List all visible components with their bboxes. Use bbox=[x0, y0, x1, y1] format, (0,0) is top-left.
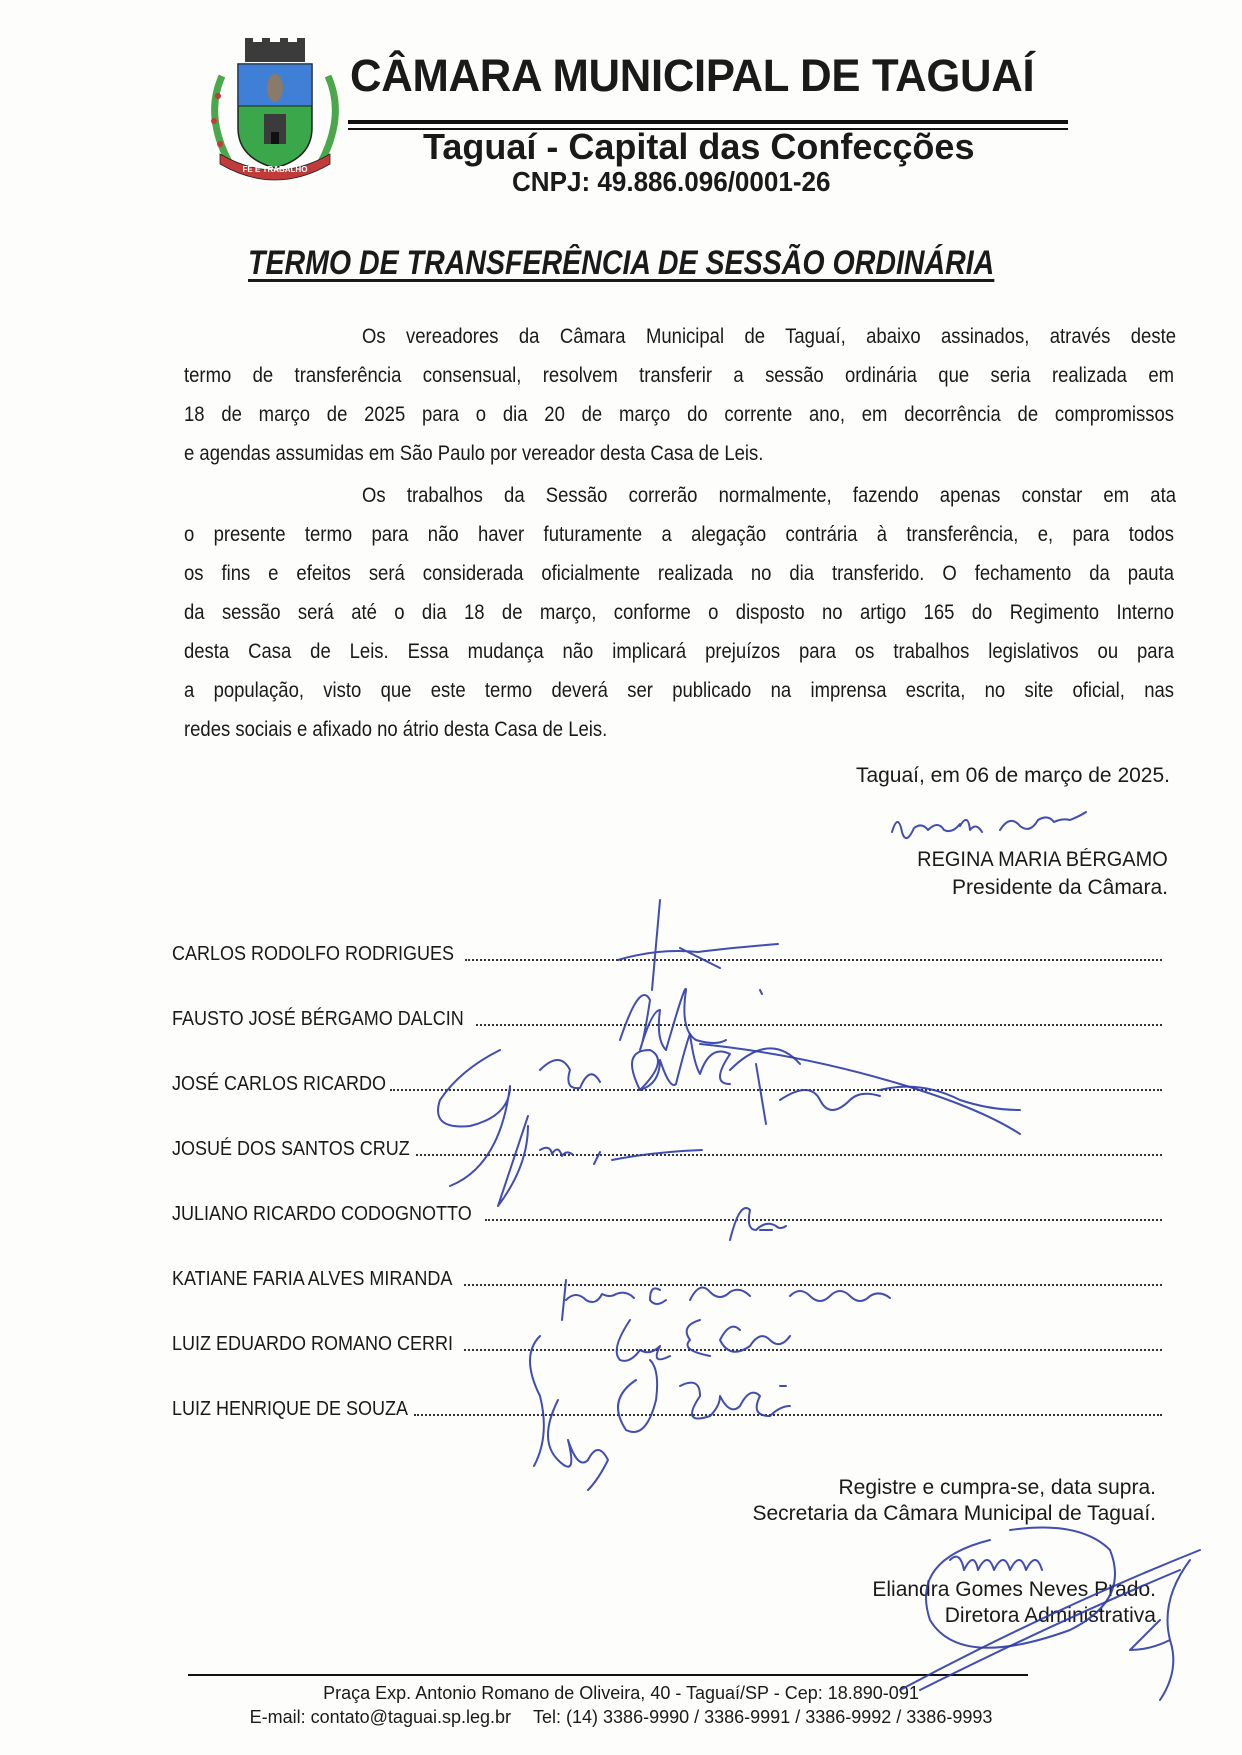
dotted-line bbox=[465, 958, 1162, 961]
dotted-line bbox=[416, 1153, 1162, 1156]
signature-line: KATIANE FARIA ALVES MIRANDA bbox=[172, 1261, 1162, 1291]
paragraph-line: desta Casa de Leis. Essa mudança não imp… bbox=[184, 640, 1174, 664]
president-name: REGINA MARIA BÉRGAMO bbox=[917, 848, 1168, 872]
dotted-line bbox=[414, 1413, 1162, 1416]
signature-line: LUIZ EDUARDO ROMANO CERRI bbox=[172, 1326, 1162, 1356]
paragraph-line: Os vereadores da Câmara Municipal de Tag… bbox=[362, 325, 1176, 349]
dotted-line bbox=[476, 1023, 1162, 1026]
footer-phones: Tel: (14) 3386-9990 / 3386-9991 / 3386-9… bbox=[533, 1707, 992, 1727]
director-role: Diretora Administrativa bbox=[945, 1604, 1156, 1628]
paragraph-line: o presente termo para não haver futurame… bbox=[184, 523, 1174, 547]
dotted-line bbox=[464, 1283, 1162, 1286]
dotted-line bbox=[464, 1348, 1162, 1351]
dotted-line bbox=[485, 1218, 1162, 1221]
signature-line: FAUSTO JOSÉ BÉRGAMO DALCIN bbox=[172, 1001, 1162, 1031]
director-name: Eliandra Gomes Neves Prado. bbox=[872, 1578, 1156, 1602]
paragraph-line: 18 de março de 2025 para o dia 20 de mar… bbox=[184, 403, 1174, 427]
paragraph-line: e agendas assumidas em São Paulo por ver… bbox=[184, 442, 1055, 466]
paragraph-line: redes sociais e afixado no átrio desta C… bbox=[184, 718, 1055, 742]
paragraph-line: os fins e efeitos será considerada ofici… bbox=[184, 562, 1174, 586]
councillor-name: JULIANO RICARDO CODOGNOTTO bbox=[172, 1203, 472, 1226]
footer-email: E-mail: contato@taguai.sp.leg.br bbox=[250, 1707, 511, 1727]
dotted-line bbox=[390, 1088, 1162, 1091]
councillor-name: JOSÉ CARLOS RICARDO bbox=[172, 1073, 386, 1096]
svg-text:FÉ E TRABALHO: FÉ E TRABALHO bbox=[243, 165, 308, 174]
organization-tagline: Taguaí - Capital das Confecções bbox=[423, 126, 974, 168]
footer-address: Praça Exp. Antonio Romano de Oliveira, 4… bbox=[0, 1683, 1242, 1704]
document-date: Taguaí, em 06 de março de 2025. bbox=[856, 764, 1170, 788]
councillor-name: KATIANE FARIA ALVES MIRANDA bbox=[172, 1268, 452, 1291]
footer-rule bbox=[188, 1674, 1028, 1676]
councillor-name: FAUSTO JOSÉ BÉRGAMO DALCIN bbox=[172, 1008, 464, 1031]
signature-line: CARLOS RODOLFO RODRIGUES bbox=[172, 936, 1162, 966]
signature-line: JOSUÉ DOS SANTOS CRUZ bbox=[172, 1131, 1162, 1161]
paragraph-line: a população, visto que este termo deverá… bbox=[184, 679, 1174, 703]
footer-contact: E-mail: contato@taguai.sp.leg.brTel: (14… bbox=[0, 1707, 1242, 1728]
signature-line: JOSÉ CARLOS RICARDO bbox=[172, 1066, 1162, 1096]
header-rule bbox=[348, 120, 1068, 124]
councillor-name: CARLOS RODOLFO RODRIGUES bbox=[172, 943, 454, 966]
signature-line: LUIZ HENRIQUE DE SOUZA bbox=[172, 1391, 1162, 1421]
paragraph-line: Os trabalhos da Sessão correrão normalme… bbox=[362, 484, 1176, 508]
president-role: Presidente da Câmara. bbox=[952, 876, 1168, 900]
document-title: TERMO DE TRANSFERÊNCIA DE SESSÃO ORDINÁR… bbox=[248, 244, 994, 283]
councillor-name: JOSUÉ DOS SANTOS CRUZ bbox=[172, 1138, 410, 1161]
signature-line: JULIANO RICARDO CODOGNOTTO bbox=[172, 1196, 1162, 1226]
organization-cnpj: CNPJ: 49.886.096/0001-26 bbox=[512, 166, 830, 198]
organization-name: CÂMARA MUNICIPAL DE TAGUAÍ bbox=[350, 50, 1034, 102]
paragraph-line: da sessão será até o dia 18 de março, co… bbox=[184, 601, 1174, 625]
signature-president bbox=[892, 812, 1086, 838]
councillor-name: LUIZ EDUARDO ROMANO CERRI bbox=[172, 1333, 453, 1356]
register-note: Registre e cumpra-se, data supra. bbox=[839, 1476, 1156, 1500]
coat-of-arms-icon: FÉ E TRABALHO bbox=[200, 36, 350, 186]
councillor-name: LUIZ HENRIQUE DE SOUZA bbox=[172, 1398, 408, 1421]
paragraph-line: termo de transferência consensual, resol… bbox=[184, 364, 1174, 388]
secretariat-label: Secretaria da Câmara Municipal de Taguaí… bbox=[752, 1502, 1156, 1526]
